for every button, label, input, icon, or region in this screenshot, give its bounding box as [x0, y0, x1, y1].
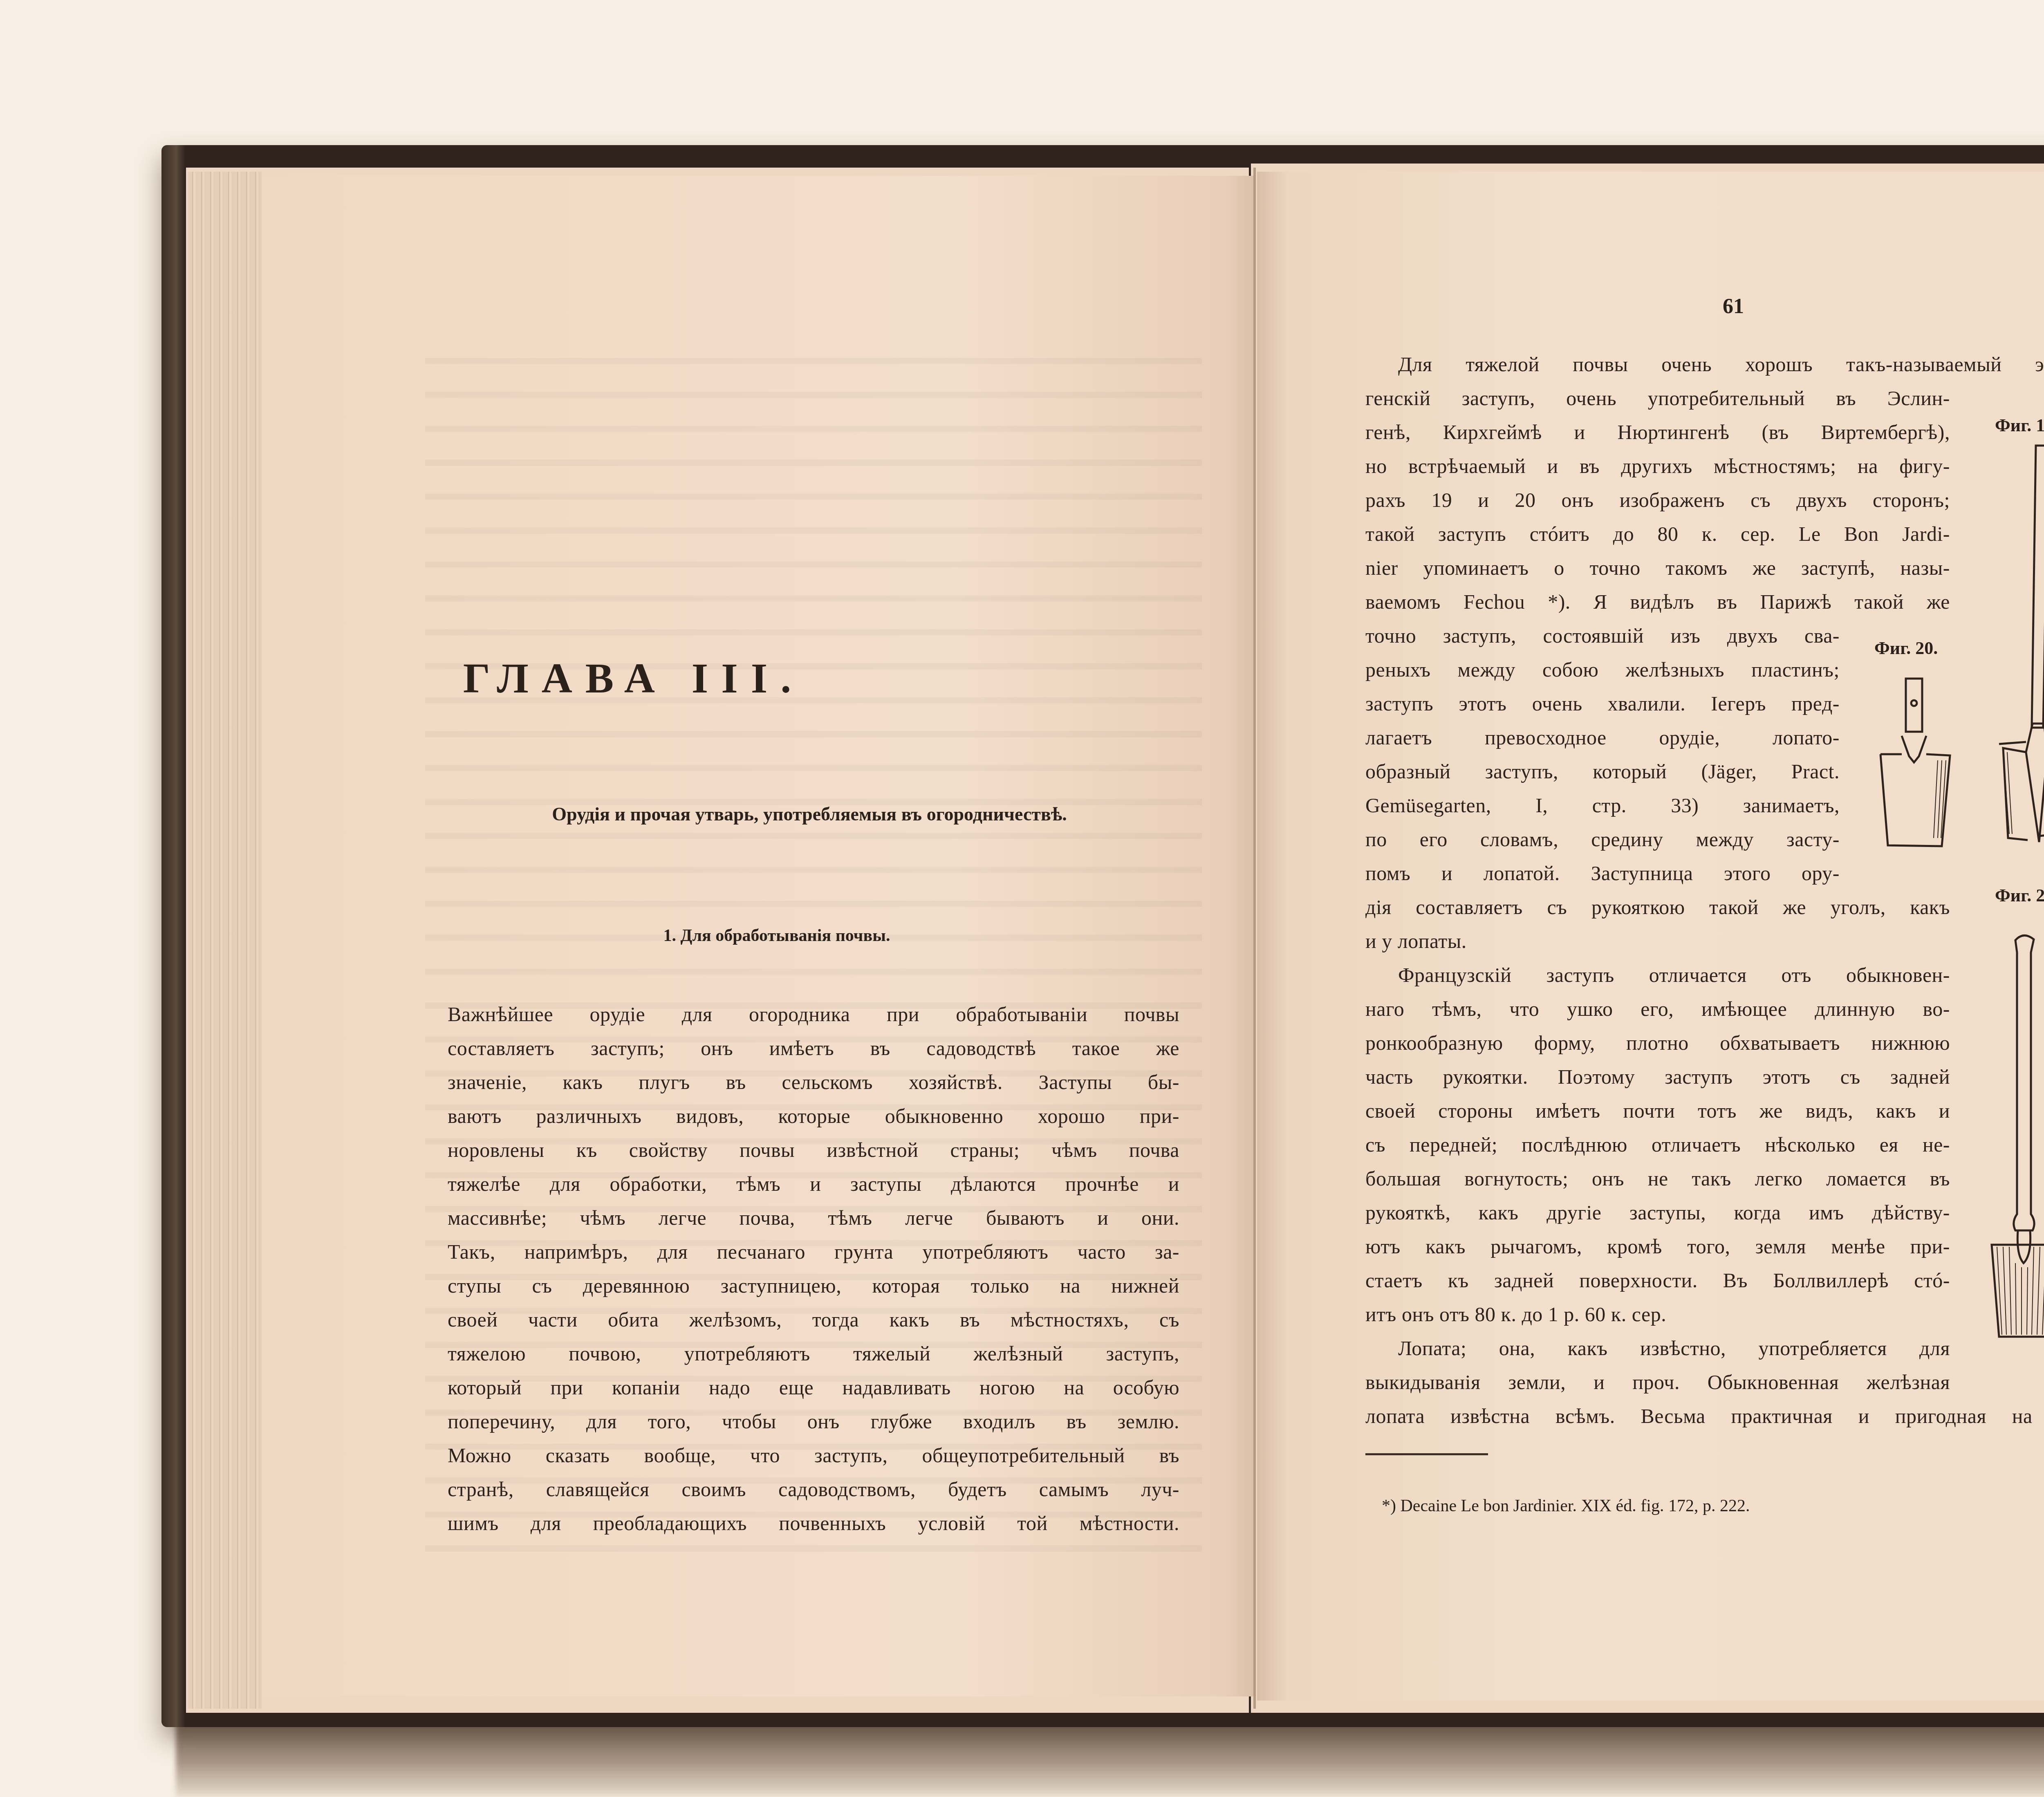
page-edges-left	[188, 172, 262, 1709]
text-line: ступы съ деревянною заступницею, которая…	[448, 1269, 1179, 1303]
subsection-title: 1. Для обработыванія почвы.	[511, 926, 1042, 946]
book-gutter	[1253, 168, 1256, 1709]
text-line: выкидыванія земли, и проч. Обыкновенная …	[1365, 1365, 1950, 1399]
text-line: Лопата; она, какъ извѣстно, употребляетс…	[1398, 1331, 1950, 1365]
text-line: съ передней; послѣднюю отличаетъ нѣсколь…	[1365, 1128, 1950, 1162]
right-body-text: Для тяжелой почвы очень хорошъ такъ-назы…	[1398, 347, 2044, 1433]
text-line: заступъ этотъ очень хвалили. Iегеръ пред…	[1365, 687, 1840, 721]
text-line: дія составляетъ съ рукояткою такой же уг…	[1365, 890, 1950, 924]
text-line: большая вогнутость; онъ не такъ легко ло…	[1365, 1162, 1950, 1196]
text-line: ваемомъ Fechou *). Я видѣлъ въ Парижѣ та…	[1365, 585, 1950, 619]
text-line: часть рукоятки. Поэтому заступъ этотъ съ…	[1365, 1060, 1950, 1094]
figure-21-caption: Фиг. 21.	[1995, 885, 2044, 906]
text-line: ваютъ различныхъ видовъ, которые обыкнов…	[448, 1099, 1179, 1133]
text-line: Для тяжелой почвы очень хорошъ такъ-назы…	[1398, 347, 2044, 381]
figure-20-caption: Фиг. 20.	[1874, 638, 1938, 659]
text-line: своей части обита желѣзомъ, тогда какъ в…	[448, 1303, 1179, 1337]
text-line: значеніе, какъ плугъ въ сельскомъ хозяйс…	[448, 1065, 1179, 1099]
text-line: лагаетъ превосходное орудіе, лопато-	[1365, 721, 1840, 755]
footnote: *) Decaine Le bon Jardinier. XIX éd. fig…	[1382, 1496, 1750, 1516]
footnote-divider	[1365, 1453, 1488, 1455]
text-line: Можно сказать вообще, что заступъ, общеу…	[448, 1438, 1179, 1472]
text-line: ютъ какъ рычагомъ, кромѣ того, земля мен…	[1365, 1230, 1950, 1264]
text-line: поперечину, для того, чтобы онъ глубже в…	[448, 1405, 1179, 1438]
text-line: помъ и лопатой. Заступница этого ору-	[1365, 856, 1840, 890]
text-line: nier упоминаетъ о точно такомъ же заступ…	[1365, 551, 1950, 585]
text-line: но встрѣчаемый и въ другихъ мѣстностямъ;…	[1365, 449, 1950, 483]
text-line: реныхъ между собою желѣзныхъ пластинъ;	[1365, 653, 1840, 687]
section-title: Орудія и прочая утварь, употребляемыя въ…	[442, 803, 1177, 825]
text-line: стаетъ къ задней поверхности. Въ Боллвил…	[1365, 1264, 1950, 1297]
text-line: и у лопаты.	[1365, 924, 2044, 958]
text-line: генскій заступъ, очень употребительный в…	[1365, 381, 1950, 415]
text-line: Gemüsegarten, I, стр. 33) занимаетъ,	[1365, 789, 1840, 822]
text-line: наго тѣмъ, что ушко его, имѣющее длинную…	[1365, 992, 1950, 1026]
left-body-text: Важнѣйшее орудіе для огородника при обра…	[448, 997, 1179, 1540]
text-line: Французскій заступъ отличается отъ обыкн…	[1398, 958, 1950, 992]
text-line: странѣ, славящейся своимъ садоводствомъ,…	[448, 1472, 1179, 1506]
text-line: лопата извѣстна всѣмъ. Весьма практичная…	[1365, 1399, 2044, 1433]
text-line: ронкообразную форму, плотно обхватываетъ…	[1365, 1026, 1950, 1060]
text-line: своей стороны имѣетъ почти тотъ же видъ,…	[1365, 1094, 1950, 1128]
text-line: рахъ 19 и 20 онъ изображенъ съ двухъ сто…	[1365, 483, 1950, 517]
text-line: точно заступъ, состоявшій изъ двухъ сва-	[1365, 619, 1840, 653]
text-line: составляетъ заступъ; онъ имѣетъ въ садов…	[448, 1031, 1179, 1065]
text-line: Важнѣйшее орудіе для огородника при обра…	[448, 997, 1179, 1031]
spade-side-view-icon	[1987, 441, 2044, 854]
text-line: такой заступъ стóитъ до 80 к. сер. Le Bo…	[1365, 517, 1950, 551]
figure-19-caption: Фиг. 19.	[1995, 415, 2044, 436]
spade-front-view-icon	[1876, 674, 1958, 854]
text-line: по его словамъ, средину между засту-	[1365, 822, 1840, 856]
text-line: образный заступъ, который (Jäger, Pract.	[1365, 755, 1840, 789]
text-line: тяжелѣе для обработки, тѣмъ и заступы дѣ…	[448, 1167, 1179, 1201]
page-number: 61	[1709, 294, 1758, 318]
text-line: Такъ, напримѣръ, для песчанаго грунта уп…	[448, 1235, 1179, 1269]
text-line: итъ онъ отъ 80 к. до 1 р. 60 к. сер.	[1365, 1297, 2044, 1331]
french-spade-icon	[1983, 928, 2044, 1349]
chapter-title: ГЛАВА III.	[409, 654, 858, 703]
cover-edge-left	[161, 145, 186, 1727]
text-line: массивнѣе; чѣмъ легче почва, тѣмъ легче …	[448, 1201, 1179, 1235]
text-line: норовлены къ свойству почвы извѣстной ст…	[448, 1133, 1179, 1167]
text-line: генѣ, Кирхгеймѣ и Нюртингенѣ (въ Виртемб…	[1365, 415, 1950, 449]
text-line: рукояткѣ, какъ другіе заступы, когда имъ…	[1365, 1196, 1950, 1230]
text-line: шимъ для преобладающихъ почвенныхъ услов…	[448, 1506, 1179, 1540]
text-line: который при копаніи надо еще надавливать…	[448, 1371, 1179, 1405]
text-line: тяжелою почвою, употребляютъ тяжелый жел…	[448, 1337, 1179, 1371]
